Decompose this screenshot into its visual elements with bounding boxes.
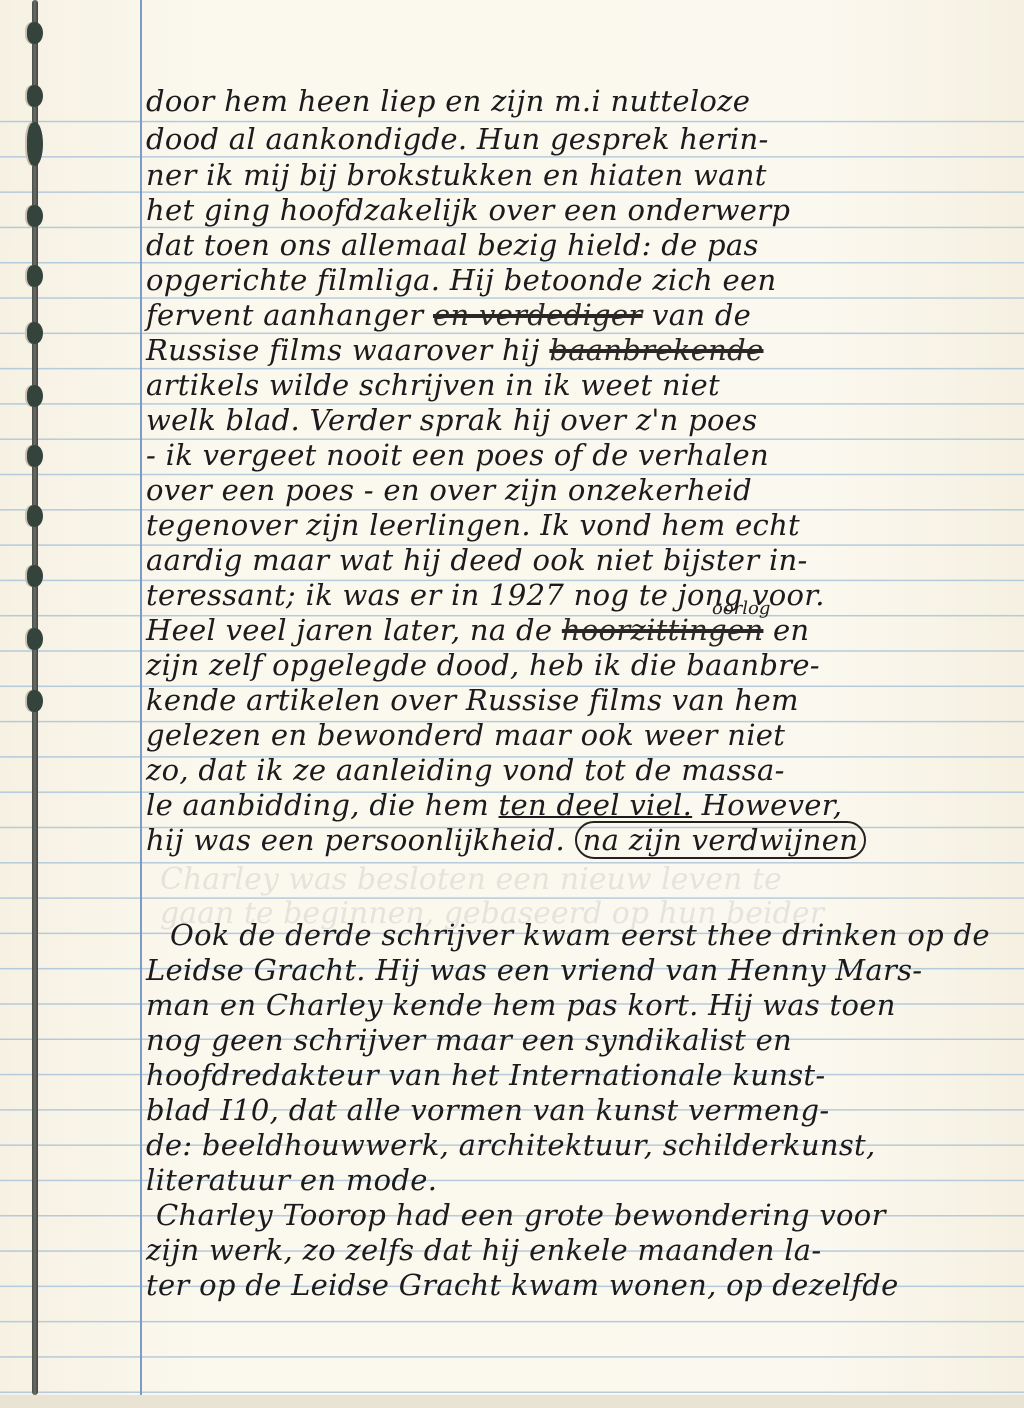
text-segment: en [773, 613, 809, 647]
text-line: Ook de derde schrijver kwam eerst thee d… [170, 918, 990, 952]
text-segment: le aanbidding, die hem [146, 788, 489, 822]
text-line: over een poes - en over zijn onzekerheid [146, 473, 752, 507]
text-line: man en Charley kende hem pas kort. Hij w… [146, 988, 896, 1022]
text-line: ner ik mij bij brokstukken en hiaten wan… [146, 158, 767, 192]
text-line: gelezen en bewonderd maar ook weer niet [146, 718, 785, 752]
underlined-text: ten deel viel. [499, 788, 693, 822]
text-segment: Heel veel jaren later, na de [146, 613, 552, 647]
text-segment: Russise films waarover hij [146, 333, 540, 367]
text-segment: hij was een persoonlijkheid. [146, 823, 565, 857]
text-segment: However, [702, 788, 843, 822]
text-line: de: beeldhouwwerk, architektuur, schilde… [146, 1128, 876, 1162]
binding-hole [27, 505, 43, 527]
binding-hole [27, 385, 43, 407]
text-line: zijn zelf opgelegde dood, heb ik die baa… [146, 648, 820, 682]
binding-hole [27, 85, 43, 107]
binding-hole [27, 22, 43, 44]
text-line: Charley Toorop had een grote bewondering… [156, 1198, 886, 1232]
struck-text: baanbrekende [549, 333, 763, 367]
text-segment: van de [652, 298, 751, 332]
binding-hole [27, 690, 43, 712]
text-line: welk blad. Verder sprak hij over z'n poe… [146, 403, 757, 437]
inserted-correction: oorlog [712, 598, 770, 619]
margin-line [140, 0, 142, 1408]
binding-hole [27, 265, 43, 287]
binding-hole [27, 445, 43, 467]
text-line: - ik vergeet nooit een poes of de verhal… [146, 438, 769, 472]
text-line: zo, dat ik ze aanleiding vond tot de mas… [146, 753, 785, 787]
binding-hole [27, 122, 43, 166]
text-line: opgerichte filmliga. Hij betoonde zich e… [146, 263, 776, 297]
text-line: zijn werk, zo zelfs dat hij enkele maand… [146, 1233, 821, 1267]
text-line: ter op de Leidse Gracht kwam wonen, op d… [146, 1268, 899, 1302]
text-line: nog geen schrijver maar een syndikalist … [146, 1023, 792, 1057]
text-line: hij was een persoonlijkheid. na zijn ver… [146, 823, 866, 857]
binding-hole [27, 205, 43, 227]
page-bottom-edge [0, 1395, 1024, 1408]
text-segment: fervent aanhanger [146, 298, 423, 332]
text-line: artikels wilde schrijven in ik weet niet [146, 368, 720, 402]
text-line: Russise films waarover hij baanbrekende [146, 333, 763, 367]
text-line: literatuur en mode. [146, 1163, 437, 1197]
text-line: Leidse Gracht. Hij was een vriend van He… [146, 953, 922, 987]
circled-text: na zijn verdwijnen [575, 821, 867, 859]
text-line: tegenover zijn leerlingen. Ik vond hem e… [146, 508, 800, 542]
text-line: hoofdredakteur van het Internationale ku… [146, 1058, 825, 1092]
binding-hole [27, 628, 43, 650]
binding-hole [27, 565, 43, 587]
bleed-through-text: Charley was besloten een nieuw leven te [160, 862, 782, 897]
text-line: fervent aanhanger en verdediger van de [146, 298, 751, 332]
text-line: Heel veel jaren later, na de hoorzitting… [146, 613, 809, 647]
text-line: aardig maar wat hij deed ook niet bijste… [146, 543, 808, 577]
struck-text: en verdediger [433, 298, 643, 332]
text-line: door hem heen liep en zijn m.i nutteloze [146, 84, 750, 118]
binding-hole [27, 322, 43, 344]
text-line: dood al aankondigde. Hun gesprek herin- [146, 122, 769, 156]
text-line: le aanbidding, die hem ten deel viel. Ho… [146, 788, 842, 822]
text-line: kende artikelen over Russise films van h… [146, 683, 799, 717]
text-line: dat toen ons allemaal bezig hield: de pa… [146, 228, 759, 262]
text-line: het ging hoofdzakelijk over een onderwer… [146, 193, 790, 227]
text-line: blad I10, dat alle vormen van kunst verm… [146, 1093, 829, 1127]
